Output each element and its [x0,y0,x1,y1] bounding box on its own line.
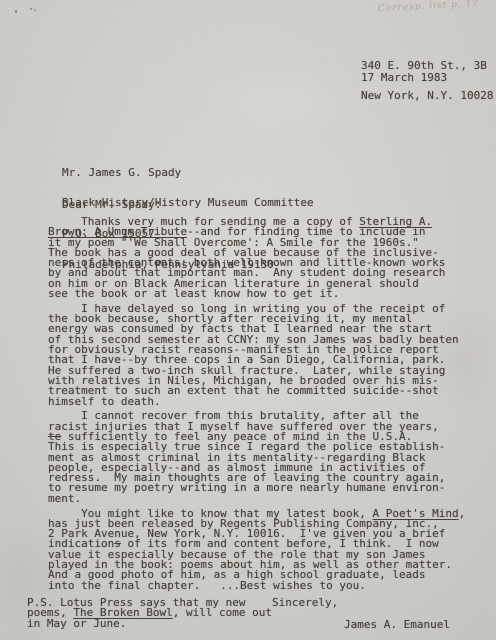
text-segment: to resume my poetry writing in a more ne… [48,481,445,494]
body-line: into the final chapter. ...Best wishes t… [48,581,470,591]
closing: Sincerely, [272,598,338,608]
return-address-line: 340 E. 90th St., 3B [361,61,493,71]
body-line: to resume my poetry writing in a more ne… [48,483,470,493]
signature-name: James A. Emanuel [344,620,450,630]
postscript: P.S. Lotus Press says that my newpoems, … [27,598,272,629]
text-segment: , [459,507,466,520]
date-line: 17 March 1983 [361,73,447,83]
text-segment: himself to death. [48,395,161,408]
paper-speck [30,8,32,10]
text-segment: in May or June. [27,617,126,630]
paragraph: You might like to know that my latest bo… [48,509,470,591]
paragraph: I have delayed so long in writing you of… [48,304,470,407]
salutation: Dear Mr. Spady: [62,200,161,210]
text-segment: into the final chapter. ...Best wishes t… [48,579,366,592]
body-line: ment. [48,494,470,504]
paragraph: Thanks very much for sending me a copy o… [48,217,470,299]
body-line: in May or June. [27,619,272,629]
recipient-line: Mr. James G. Spady [62,168,314,178]
letter-body: Thanks very much for sending me a copy o… [48,217,470,595]
text-segment: ment. [48,492,81,505]
body-line: see the book or at least know how to get… [48,289,470,299]
paper-speck [15,10,17,13]
paragraph: I cannot recover from this brutality, af… [48,411,470,504]
text-segment: see the book or at least know how to get… [48,287,339,300]
body-line: himself to death. [48,397,470,407]
return-address-line: New York, N.Y. 10028 [361,91,493,101]
text-segment: , will come out [173,606,272,619]
